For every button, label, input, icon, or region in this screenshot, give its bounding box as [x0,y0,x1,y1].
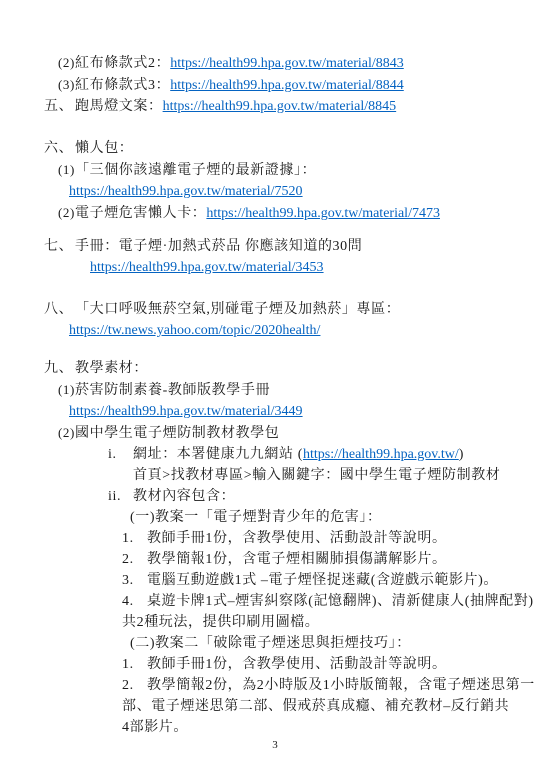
document-line: 首頁>找教材專區>輸入關鍵字：國中學生電子煙防制教材 [0,465,550,486]
list-marker: 4. [122,591,147,612]
text-run: 教案一「電子煙對青少年的危害」： [155,510,382,525]
text-run: 國中學生電子煙防制教材教學包 [75,426,279,441]
text-run: 「大口呼吸無菸空氣,別碰電子煙及加熱菸」專區： [75,302,400,317]
list-marker: 1. [122,528,147,549]
document-line: https://health99.hpa.gov.tw/material/752… [0,181,550,202]
hyperlink[interactable]: https://health99.hpa.gov.tw/material/747… [206,206,440,221]
list-marker: 五、 [44,96,75,117]
document-line: ii.教材內容包含： [0,486,550,507]
text-run: 教學簡報2份，為2小時版及1小時版簡報，含電子煙迷思第一 [147,678,535,693]
list-marker: 3. [122,570,147,591]
list-marker: (1) [58,379,75,400]
document-line: (1)「三個你該遠離電子煙的最新證據」： [0,159,550,181]
text-run: 首頁>找教材專區>輸入關鍵字：國中學生電子煙防制教材 [133,468,500,483]
text-run: 教案二「破除電子煙迷思與拒煙技巧」： [155,636,411,651]
document-line: 共2種玩法，提供印刷用圖檔。 [0,612,550,633]
text-run: 教學素材： [75,361,148,376]
text-run: 部、電子煙迷思第二部、假戒菸真成癮、補充教材–反行銷共 [122,699,509,714]
document-line: (2)紅布條款式2：https://health99.hpa.gov.tw/ma… [0,52,550,74]
document-line: 六、懶人包： [0,138,550,159]
document-line: 八、「大口呼吸無菸空氣,別碰電子煙及加熱菸」專區： [0,299,550,320]
hyperlink[interactable]: https://health99.hpa.gov.tw/material/344… [69,404,303,419]
document-line: 2.教學簡報2份，為2小時版及1小時版簡報，含電子煙迷思第一 [0,675,550,696]
document-line: 七、手冊：電子煙·加熱式菸品 你應該知道的30問 [0,236,550,257]
text-run: 手冊：電子煙·加熱式菸品 你應該知道的30問 [75,239,362,254]
list-marker: 1. [122,654,147,675]
text-run: 桌遊卡牌1式–煙害糾察隊(記憶翻牌)、清新健康人(抽牌配對) [147,594,534,609]
document-line: i.網址：本署健康九九網站 (https://health99.hpa.gov.… [0,444,550,465]
list-marker: (一) [130,507,155,528]
document-line: 1.教師手冊1份，含教學使用、活動設計等說明。 [0,654,550,675]
document-line: 九、教學素材： [0,358,550,379]
document-line: https://tw.news.yahoo.com/topic/2020heal… [0,320,550,341]
document-content: (2)紅布條款式2：https://health99.hpa.gov.tw/ma… [0,52,550,738]
text-run: 教材內容包含： [133,489,235,504]
hyperlink[interactable]: https://health99.hpa.gov.tw/material/884… [170,56,404,71]
text-run: 菸害防制素養-教師版教學手冊 [75,383,270,398]
hyperlink[interactable]: https://health99.hpa.gov.tw/material/345… [90,260,324,275]
text-run: 懶人包： [75,141,133,156]
text-run: 跑馬燈文案： [75,99,163,114]
list-marker: i. [108,444,133,465]
list-marker: (2) [58,52,75,73]
text-run: 共2種玩法，提供印刷用圖檔。 [122,615,319,630]
text-run: 4部影片。 [122,720,188,735]
document-line: 1.教師手冊1份，含教學使用、活動設計等說明。 [0,528,550,549]
text-run: 電腦互動遊戲1式 –電子煙怪捉迷藏(含遊戲示範影片)。 [147,573,498,588]
hyperlink[interactable]: https://health99.hpa.gov.tw/material/752… [69,184,303,199]
document-line: https://health99.hpa.gov.tw/material/345… [0,257,550,278]
document-line: (2)電子煙危害懶人卡：https://health99.hpa.gov.tw/… [0,202,550,224]
page-number: 3 [0,739,550,751]
document-line: (二)教案二「破除電子煙迷思與拒煙技巧」： [0,633,550,654]
text-run: 「三個你該遠離電子煙的最新證據」： [75,163,316,178]
list-marker: (2) [58,422,75,443]
text-run: ) [459,447,464,462]
text-run: 教師手冊1份，含教學使用、活動設計等說明。 [147,657,447,672]
list-marker: 八、 [44,299,75,320]
list-marker: (1) [58,159,75,180]
document-line: 4部影片。 [0,717,550,738]
document-line: (3)紅布條款式3：https://health99.hpa.gov.tw/ma… [0,74,550,96]
list-marker: 六、 [44,138,75,159]
document-line: 3.電腦互動遊戲1式 –電子煙怪捉迷藏(含遊戲示範影片)。 [0,570,550,591]
list-marker: 2. [122,549,147,570]
hyperlink[interactable]: https://tw.news.yahoo.com/topic/2020heal… [69,323,320,338]
hyperlink[interactable]: https://health99.hpa.gov.tw/material/884… [163,99,397,114]
list-marker: (二) [130,633,155,654]
hyperlink[interactable]: https://health99.hpa.gov.tw/material/884… [170,78,404,93]
text-run: 教師手冊1份，含教學使用、活動設計等說明。 [147,531,447,546]
text-run: 電子煙危害懶人卡： [75,206,206,221]
list-marker: 七、 [44,236,75,257]
document-page: (2)紅布條款式2：https://health99.hpa.gov.tw/ma… [0,0,550,778]
list-marker: 2. [122,675,147,696]
document-line: 五、跑馬燈文案：https://health99.hpa.gov.tw/mate… [0,96,550,117]
document-line: (2)國中學生電子煙防制教材教學包 [0,422,550,444]
text-run: 紅布條款式2： [75,56,170,71]
document-line: 2.教學簡報1份，含電子煙相關肺損傷講解影片。 [0,549,550,570]
document-line: (1)菸害防制素養-教師版教學手冊 [0,379,550,401]
document-line: https://health99.hpa.gov.tw/material/344… [0,401,550,422]
list-marker: 九、 [44,358,75,379]
hyperlink[interactable]: https://health99.hpa.gov.tw/ [303,447,459,462]
text-run: 紅布條款式3： [75,78,170,93]
document-line: (一)教案一「電子煙對青少年的危害」： [0,507,550,528]
text-run: 網址：本署健康九九網站 ( [133,447,303,462]
list-marker: (2) [58,202,75,223]
document-line: 4.桌遊卡牌1式–煙害糾察隊(記憶翻牌)、清新健康人(抽牌配對) [0,591,550,612]
text-run: 教學簡報1份，含電子煙相關肺損傷講解影片。 [147,552,447,567]
list-marker: (3) [58,74,75,95]
list-marker: ii. [108,486,133,507]
document-line: 部、電子煙迷思第二部、假戒菸真成癮、補充教材–反行銷共 [0,696,550,717]
